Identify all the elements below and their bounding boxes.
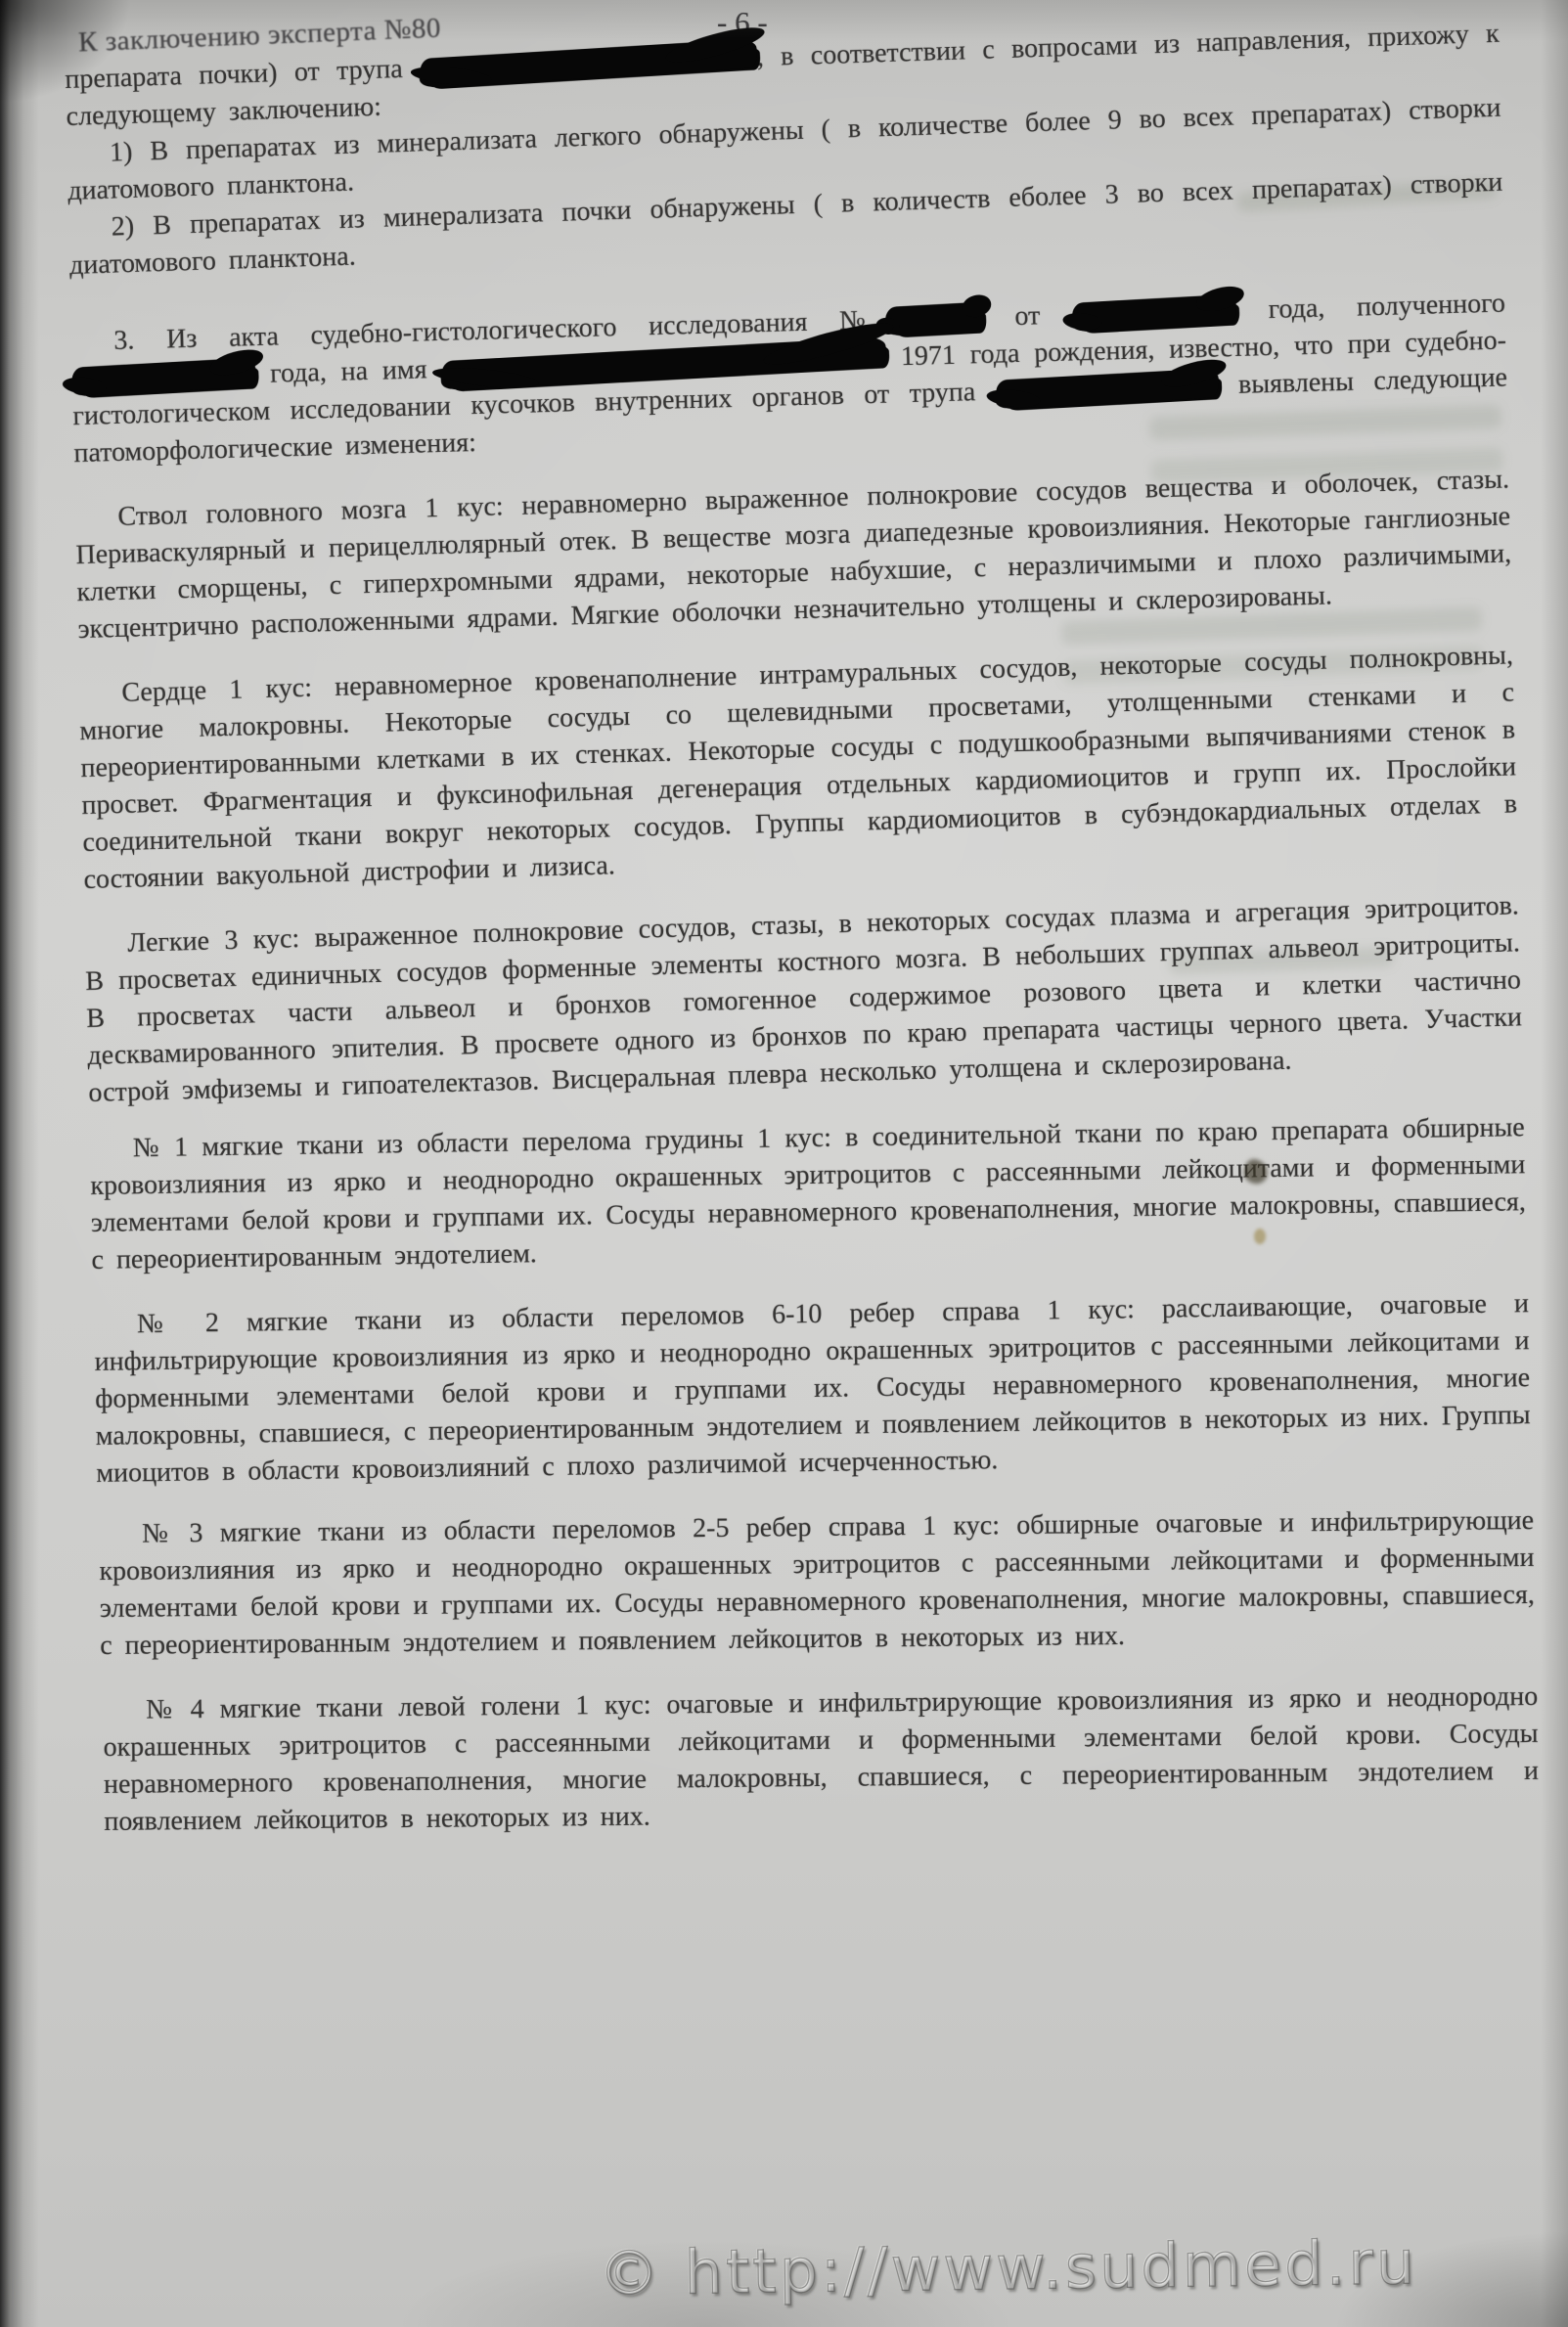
redaction-scribble: [884, 302, 983, 336]
paragraph: № 3 мягкие ткани из области переломов 2-…: [99, 1502, 1535, 1665]
paragraph: № 1 мягкие ткани из области перелома гру…: [90, 1109, 1527, 1279]
paragraph: 3. Из акта судебно-гистологического иссл…: [70, 285, 1509, 472]
redaction-scribble: [1071, 294, 1236, 333]
paper-stain: [1254, 1229, 1266, 1244]
redaction-scribble: [441, 336, 887, 390]
document-body: препарата почки) от трупа , в соответств…: [65, 22, 1540, 1851]
redaction-scribble: [419, 38, 757, 88]
redaction-scribble: [71, 357, 256, 396]
paragraph: Сердце 1 кус: неравномерное кровенаполне…: [78, 637, 1519, 899]
paragraph: Ствол головного мозга 1 кус: неравномерн…: [74, 461, 1513, 649]
photographed-document-page: К заключению эксперта №80 - 6 - препарат…: [0, 0, 1568, 2327]
watermark: © http://www.sudmed.ru: [599, 2226, 1418, 2309]
paragraph: № 2 мягкие ткани из области переломов 6-…: [94, 1285, 1532, 1493]
redaction-scribble: [995, 368, 1219, 409]
paragraph: № 4 мягкие ткани левой голени 1 кус: оча…: [103, 1678, 1539, 1841]
paragraph: Легкие 3 кус: выраженное полнокровие сос…: [84, 887, 1524, 1112]
